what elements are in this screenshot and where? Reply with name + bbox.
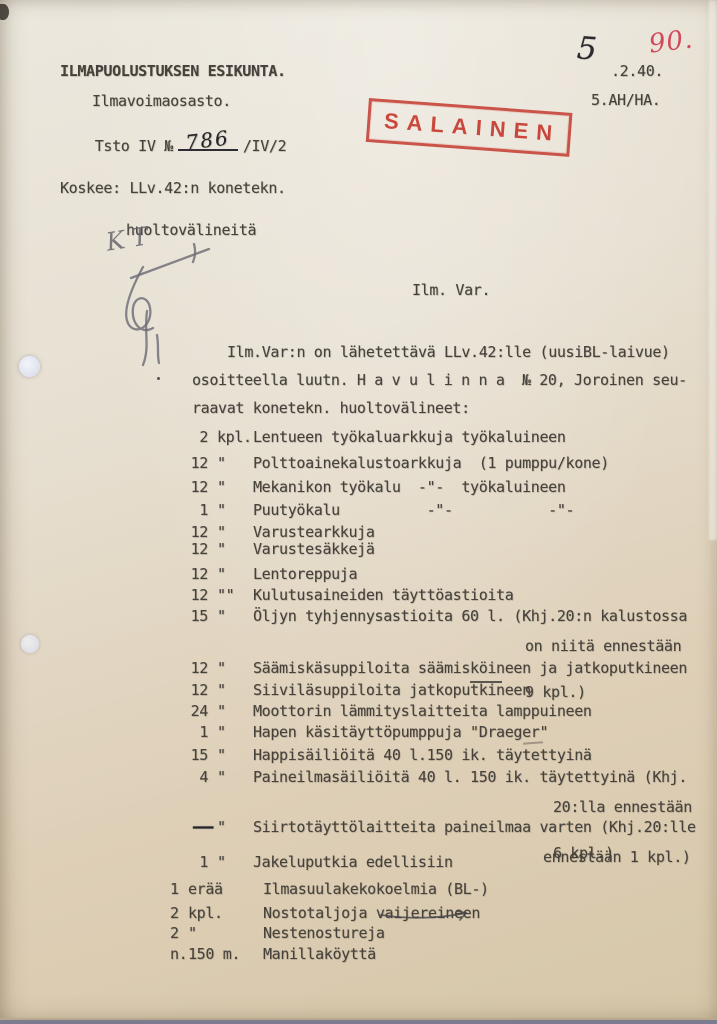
subject-line-1: Koskee: LLv.42:n konetekn. (60, 181, 286, 195)
list-item: 12"Polttoainekalustoarkkuja (1 pumppu/ko… (170, 455, 609, 471)
item-description: Moottorin lämmityslaitteita lamppuineen (253, 703, 592, 719)
list-item: n.150 m.Manillaköyttä (170, 946, 376, 962)
item-description: Kulutusaineiden täyttöastioita (253, 587, 513, 603)
item-quantity: 12 (170, 682, 208, 698)
item-note: on niitä ennestään (525, 640, 687, 654)
stamp-label: SALAINEN (383, 108, 561, 147)
item-quantity: 12 (170, 479, 208, 495)
item-unit: " (208, 819, 253, 835)
item-unit: " (208, 660, 253, 676)
item-note: ennestään 1 kpl.) (543, 851, 696, 865)
item-quantity: 2 (170, 925, 188, 941)
item-quantity: 12 (170, 587, 208, 603)
list-item: 12"Siiviläsuppiloita jatkoputkineen (170, 682, 531, 698)
typed-overline-correction (470, 681, 502, 683)
item-description: Jakeluputkia edellisiin (253, 854, 453, 870)
list-item: 15"Happisäiliöitä 40 l.150 ik. täytettyi… (170, 747, 592, 763)
item-description: Polttoainekalustoarkkuja (1 pumppu/kone) (253, 455, 609, 471)
item-description-text: Siirtotäyttölaitteita paineilmaa varten … (253, 818, 696, 836)
item-unit: " (208, 682, 253, 698)
item-description: Siiviläsuppiloita jatkoputkineen (253, 682, 531, 698)
list-item: 12"Mekanikon työkalu -"- työkaluineen (170, 479, 566, 495)
document-number-underline: 786 (178, 132, 238, 151)
paragraph-line-1: Ilm.Var:n on lähetettävä LLv.42:lle (uus… (227, 344, 670, 360)
item-quantity: 15 (170, 747, 208, 763)
document-number-handwritten: 786 (184, 125, 231, 154)
list-item: 1erääIlmasuulakekokoelmia (BL-) (170, 881, 489, 897)
item-quantity: 1 (170, 881, 188, 897)
hole-punch-top (19, 356, 40, 377)
item-unit: " (208, 724, 253, 740)
item-quantity: 12 (170, 660, 208, 676)
item-description: Varustesäkkejä (253, 541, 375, 557)
item-quantity: 2 (170, 429, 208, 445)
pencil-check-dash (523, 741, 543, 744)
item-unit: "" (208, 587, 253, 603)
date-text: .2.40. (611, 63, 663, 79)
item-quantity: 24 (170, 703, 208, 719)
list-item: 2kpl.Lentueen työkaluarkkuja työkaluinee… (170, 429, 566, 445)
handwritten-day: 5 (576, 30, 598, 67)
item-unit: " (208, 541, 253, 557)
item-quantity: n. (170, 946, 188, 962)
item-description: Nestenostureja (263, 925, 385, 941)
item-unit: " (208, 479, 253, 495)
item-quantity: 12 (170, 455, 208, 471)
item-unit: erää (188, 881, 263, 897)
pencil-underline-arrow (378, 908, 482, 926)
item-unit: " (208, 747, 253, 763)
salainen-stamp: SALAINEN (366, 98, 573, 157)
item-unit: " (208, 769, 253, 785)
item-quantity: 1 (170, 724, 208, 740)
list-item: 2"Nestenostureja (170, 925, 385, 941)
organization-name: ILMAPUOLUSTUKSEN ESIKUNTA. (60, 63, 286, 79)
item-description: Puutyökalu -"- -"- (253, 502, 574, 518)
item-description-text: Paineilmasäiliöitä 40 l. 150 ik. täytett… (253, 768, 687, 786)
item-description: Lentueen työkaluarkkuja työkaluineen (253, 429, 566, 445)
item-quantity: 12 (170, 524, 208, 540)
list-item: 12"Säämiskäsuppiloita säämisköineen ja j… (170, 660, 687, 676)
reference-code: 5.AH/HA. (591, 92, 660, 108)
item-description: Hapen käsitäyttöpumppuja "Draeger" (253, 724, 548, 740)
list-item: 1"Puutyökalu -"- -"- (170, 502, 574, 518)
item-quantity: 1 (170, 854, 208, 870)
item-quantity: 1 (170, 502, 208, 518)
item-quantity: 4 (170, 769, 208, 785)
item-note: 20:lla ennestään (553, 801, 692, 815)
item-description: Lentoreppuja (253, 566, 357, 582)
item-unit: kpl. (208, 429, 253, 445)
list-item: 12"Lentoreppuja (170, 566, 357, 582)
list-item: 1"Jakeluputkia edellisiin (170, 854, 453, 870)
item-description: Mekanikon työkalu -"- työkaluineen (253, 479, 566, 495)
item-description: Varustearkkuja (253, 524, 375, 540)
item-unit: " (208, 502, 253, 518)
item-description: Ilmasuulakekokoelmia (BL-) (263, 881, 489, 897)
item-unit: " (208, 703, 253, 719)
item-quantity: 12 (170, 541, 208, 557)
document-page: ILMAPUOLUSTUKSEN ESIKUNTA. Ilmavoimaosas… (0, 0, 717, 1024)
recipient: Ilm. Var. (412, 282, 490, 298)
item-note: 9 kpl.) (525, 686, 687, 700)
paper-edge-highlight (709, 0, 717, 540)
item-description: Säämiskäsuppiloita säämisköineen ja jatk… (253, 660, 687, 676)
list-item: 12""Kulutusaineiden täyttöastioita (170, 587, 513, 603)
paragraph-line-3: raavat konetekn. huoltovälineet: (192, 400, 470, 416)
item-description: Happisäiliöitä 40 l.150 ik. täytettyinä (253, 747, 592, 763)
item-quantity: 2 (170, 905, 188, 921)
paragraph-line-2: osoitteella luutn. H a v u l i n n a № 2… (192, 372, 687, 388)
item-unit: " (208, 854, 253, 870)
list-item: 12"Varustesäkkejä (170, 541, 375, 557)
item-description-text: Öljyn tyhjennysastioita 60 l. (Khj.20:n … (253, 607, 687, 625)
hole-punch-bottom (21, 635, 39, 653)
signature-mark (95, 215, 235, 385)
list-item: 1"Hapen käsitäyttöpumppuja "Draeger" (170, 724, 548, 740)
list-item: 12"Varustearkkuja (170, 524, 375, 540)
item-unit: " (208, 455, 253, 471)
item-unit: 150 m. (188, 946, 263, 962)
item-quantity: 15 (170, 608, 208, 624)
department-name: Ilmavoimaosasto. (92, 93, 231, 109)
item-quantity-handwritten-dash: — (163, 819, 214, 835)
item-unit: " (208, 524, 253, 540)
list-item: 24"Moottorin lämmityslaitteita lamppuine… (170, 703, 592, 719)
item-unit: kpl. (188, 905, 263, 921)
item-unit: " (188, 925, 263, 941)
item-description: Manillaköyttä (263, 946, 376, 962)
item-unit: " (208, 608, 253, 624)
item-unit: " (208, 566, 253, 582)
paper-corner-stain (0, 4, 9, 20)
item-quantity: 12 (170, 566, 208, 582)
paper-bottom-edge-dark (0, 1020, 717, 1024)
handwritten-folio-number: 90. (647, 24, 695, 59)
